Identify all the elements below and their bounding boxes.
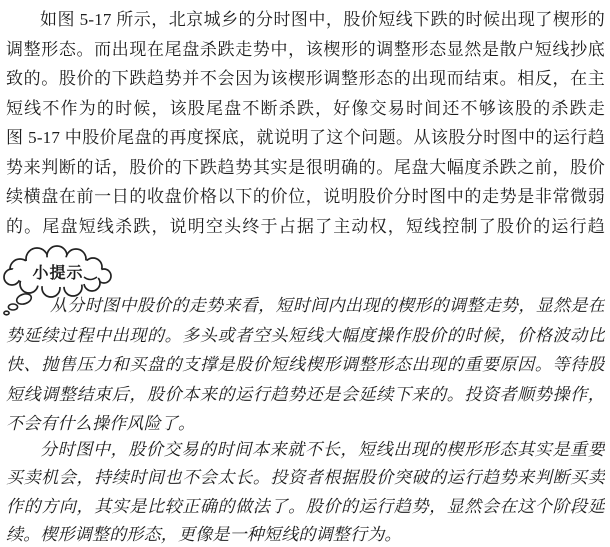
text-line: 短线调整结束后，股价本来的运行趋势还是会延续下来的。投资者顺势操作，就 [6,380,605,410]
text-line: 势延续过程中出现的。多头或者空头短线大幅度操作股价的时候，价格波动比较 [6,321,605,351]
tip-bubble-label: 小提示 [32,263,83,282]
text-line: 作的方向，其实是比较正确的做法了。股价的运行趋势，显然会在这个阶段延 [6,493,605,521]
text-line: 续。楔形调整的形态，更像是一种短线的调整行为。 [6,521,605,547]
text-line: 从分时图中股价的走势来看，短时间内出现的楔形的调整走势，显然是在趋 [6,291,605,321]
intro-paragraph: 如图 5-17 所示，北京城乡的分时图中，股价短线下跌的时候出现了楔形的 调整形… [6,5,605,241]
text-line: 势来判断的话，股价的下跌趋势其实是很明确的。尾盘大幅度杀跌之前，股价持 [6,153,605,183]
text-line: 的。尾盘短线杀跌，说明空头终于占据了主动权，短线控制了股价的运行趋势。 [6,212,605,242]
closing-paragraph: 分时图中，股价交易的时间本来就不长，短线出现的楔形形态其实是重要的 买卖机会，持… [6,436,605,547]
text-line: 买卖机会，持续时间也不会太长。投资者根据股价突破的运行趋势来判断买卖操 [6,464,605,492]
text-line: 如图 5-17 所示，北京城乡的分时图中，股价短线下跌的时候出现了楔形的 [6,5,605,35]
text-line: 分时图中，股价交易的时间本来就不长，短线出现的楔形形态其实是重要的 [6,436,605,464]
text-line: 快、抛售压力和买盘的支撑是股价短线楔形调整形态出现的重要原因。等待股价 [6,350,605,380]
text-line: 调整形态。而出现在尾盘杀跌走势中，该楔形的调整形态显然是散户短线抄底所 [6,35,605,65]
text-line: 不会有什么操作风险了。 [6,409,605,439]
text-line: 致的。股价的下跌趋势并不会因为该楔形调整形态的出现而结束。相反，在主力 [6,64,605,94]
document-page: 如图 5-17 所示，北京城乡的分时图中，股价短线下跌的时候出现了楔形的 调整形… [0,0,610,547]
tip-paragraph: 从分时图中股价的走势来看，短时间内出现的楔形的调整走势，显然是在趋 势延续过程中… [6,291,605,439]
text-line: 短线不作为的时候，该股尾盘不断杀跌，好像交易时间还不够该股的杀跌走势。 [6,94,605,124]
text-line: 图 5-17 中股价尾盘的再度探底，就说明了这个问题。从该股分时图中的运行趋 [6,123,605,153]
text-line: 续横盘在前一日的收盘价格以下的价位，说明股价分时图中的走势是非常微弱 [6,182,605,212]
